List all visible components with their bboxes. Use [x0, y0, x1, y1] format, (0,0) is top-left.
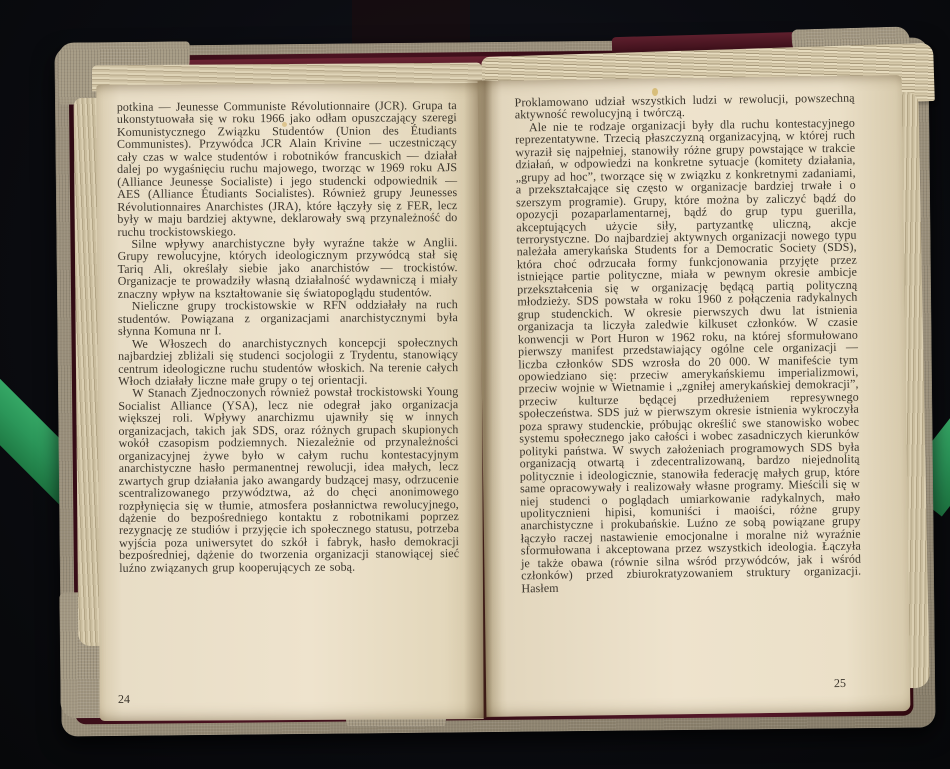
book-photo: potkina — Jeunesse Communiste Révolution…	[0, 0, 950, 769]
paragraph: Ale nie te rodzaje organizacji były dla …	[515, 117, 862, 595]
left-page-text: potkina — Jeunesse Communiste Révolution…	[117, 99, 459, 574]
paragraph: potkina — Jeunesse Communiste Révolution…	[117, 99, 458, 238]
paragraph: We Włoszech do anarchistycznych koncepcj…	[118, 336, 458, 388]
page-number-left: 24	[118, 692, 130, 707]
paragraph: W Stanach Zjednoczonych również powstał …	[118, 386, 459, 575]
background-shadow-band	[352, 0, 470, 48]
page-number-right: 25	[834, 676, 846, 691]
paragraph: Silne wpływy anarchistyczne były wyraźne…	[117, 236, 457, 300]
book-gutter-shadow	[464, 80, 502, 718]
right-page-text: Proklamowano udział wszystkich ludzi w r…	[515, 92, 862, 595]
paragraph: Nieliczne grupy trockistowskie w RFN odd…	[118, 298, 458, 337]
